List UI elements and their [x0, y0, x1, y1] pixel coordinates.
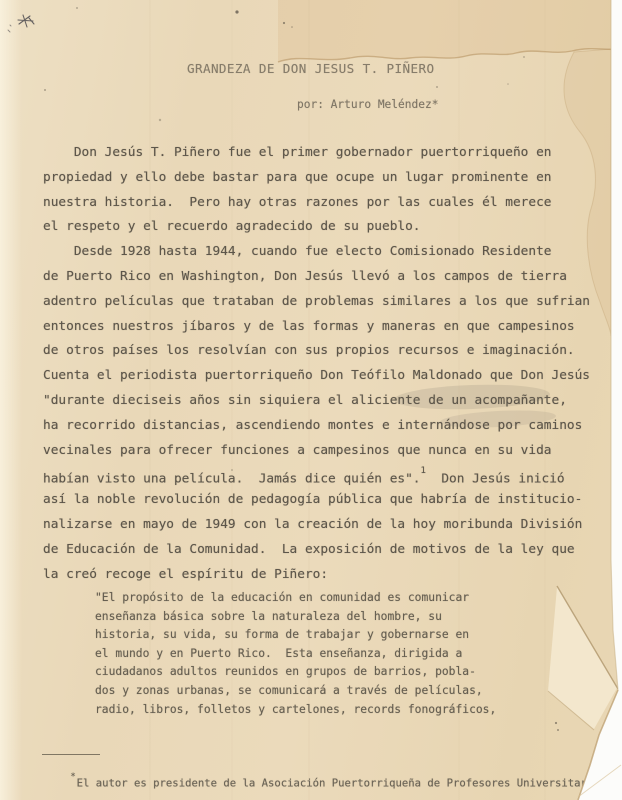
text-line: "durante dieciseis años sin siquiera el …	[43, 389, 590, 414]
blockquote: "El propósito de la educación en comunid…	[95, 589, 496, 719]
text-line: entonces nuestros jíbaros y de las forma…	[43, 315, 590, 340]
document-body: Don Jesús T. Piñero fue el primer gobern…	[43, 141, 590, 587]
text-line: adentro películas que trataban de proble…	[43, 290, 590, 315]
document-page: GRANDEZA DE DON JESUS T. PIÑERO por: Art…	[0, 0, 622, 800]
text-line: de Educación de la Comunidad. La exposic…	[43, 538, 590, 563]
text-line: Don Jesús T. Piñero fue el primer gobern…	[43, 141, 590, 166]
water-stain	[278, 0, 622, 62]
text-line: de Puerto Rico en Washington, Don Jesús …	[43, 265, 590, 290]
fold-flap	[548, 587, 617, 729]
text-line: nuestra historia. Pero hay otras razones…	[43, 191, 590, 216]
text-line: vecinales para ofrecer funciones a campe…	[43, 439, 590, 464]
text-line: ciudadanos adultos reunidos en grupos de…	[95, 663, 496, 682]
fold-crease-2	[548, 691, 594, 730]
document-byline: por: Arturo Meléndez*	[297, 98, 438, 111]
text-line: de otros países los resolvían con sus pr…	[43, 339, 590, 364]
text-line: radio, libros, folletos y cartelones, re…	[95, 701, 496, 720]
text-line: Desde 1928 hasta 1944, cuando fue electo…	[43, 240, 590, 265]
text-line: el respeto y el recuerdo agradecido de s…	[43, 215, 590, 240]
text-line: nalizarse en mayo de 1949 con la creació…	[43, 513, 590, 538]
fold-crease	[557, 586, 618, 689]
footnote-separator	[42, 754, 100, 755]
text-line: habían visto una película. Jamás dice qu…	[43, 463, 590, 488]
text-line: propiedad y ello debe bastar para que oc…	[43, 166, 590, 191]
footnote-reference: 1	[421, 466, 426, 476]
text-line: la creó recoge el espíritu de Piñero:	[43, 563, 590, 588]
footnote-marker: *	[71, 772, 76, 782]
text-line: así la noble revolución de pedagogía púb…	[43, 488, 590, 513]
text-line: el mundo y en Puerto Rico. Esta enseñanz…	[95, 645, 496, 664]
text-line: dos y zonas urbanas, se comunicará a tra…	[95, 682, 496, 701]
footnote-text: El autor es presidente de la Asociación …	[77, 778, 613, 790]
text-line: Cuenta el periodista puertorriqueño Don …	[43, 364, 590, 389]
text-line: "El propósito de la educación en comunid…	[95, 589, 496, 608]
text-line: ha recorrido distancias, ascendiendo mon…	[43, 414, 590, 439]
water-stain-edge	[278, 49, 622, 62]
text-line: enseñanza básica sobre la naturaleza del…	[95, 608, 496, 627]
paper-edge	[611, 0, 618, 690]
text-line: historia, su vida, su forma de trabajar …	[95, 626, 496, 645]
document-title: GRANDEZA DE DON JESUS T. PIÑERO	[187, 61, 434, 76]
footnote: *El autor es presidente de la Asociación…	[45, 763, 612, 800]
pencil-mark	[8, 15, 34, 32]
